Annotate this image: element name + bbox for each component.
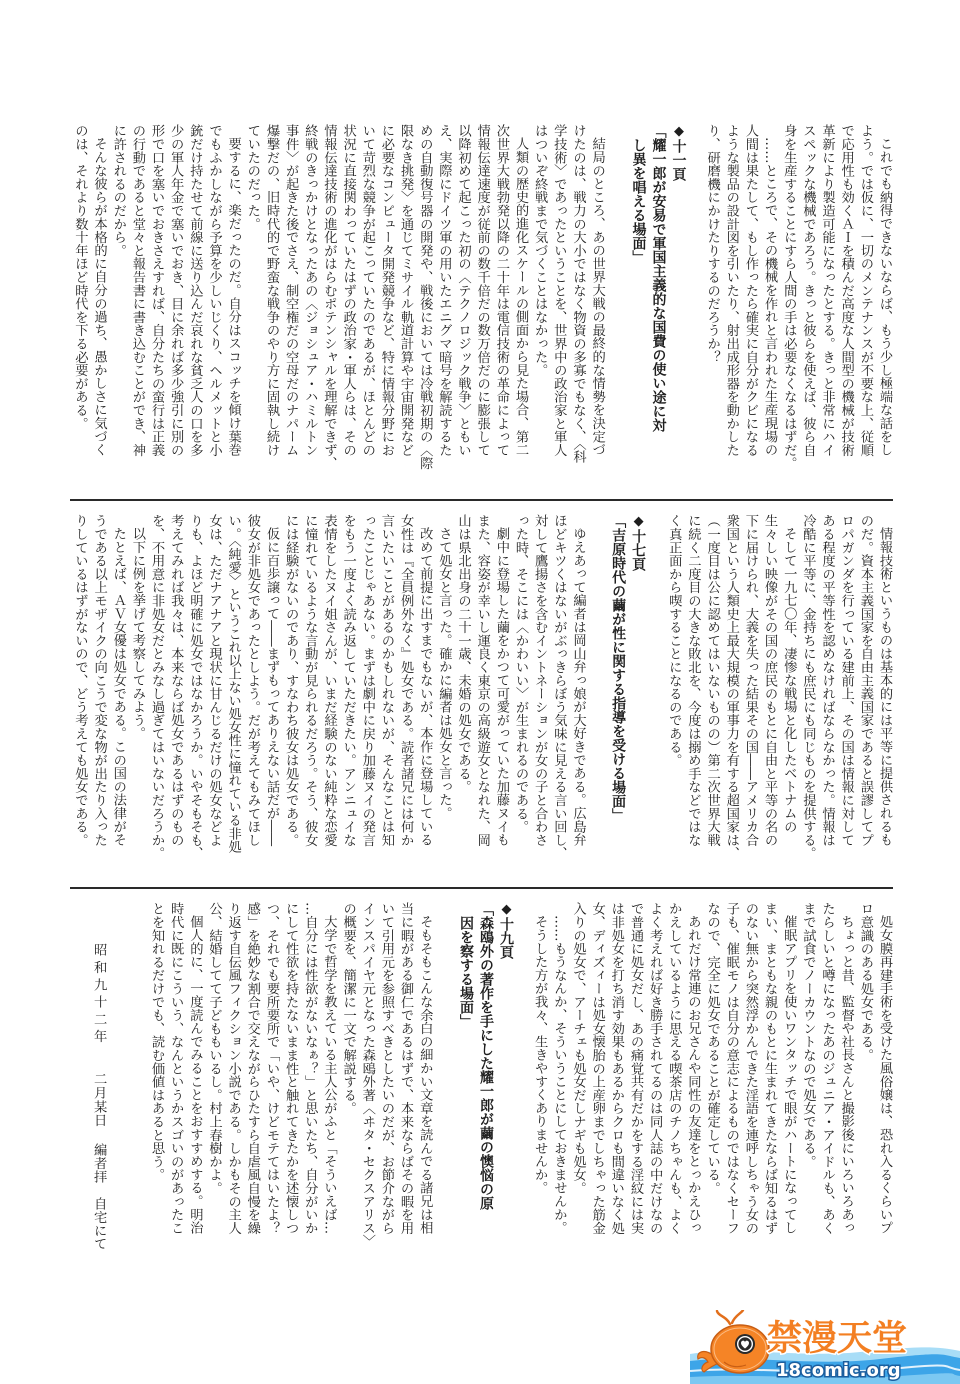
text-column: 対して鷹揚さを含むイントネーションが女の子と合わさ [530,514,549,866]
text-column: …自分には性欲がないなぁ？」と思いたち、自分がいか [300,902,319,1262]
text-column: にして性欲を持たないまま性と触れてきたかを述懐しつ [281,902,300,1262]
watermark-title: 禁漫天堂 [767,1319,907,1359]
text-column: 終戦のきっかけとなったあの〈ジョシュア・ハミルトン [300,124,319,476]
text-column: 少の軍人年金で塞いでおき、目に余れば多少強引に別の [166,124,185,476]
text-column: りしているはずがないので、どう考えても処女である。 [70,514,89,866]
text-column: ような製品の設計図を引いたり、射出成形器を動かした [722,124,741,476]
text-column: をもう一度よく読み返していただきたい。アンニュイな [338,514,357,866]
heading-page-number: 十七頁 [630,529,646,571]
section-heading-marker: ◆十九頁 [496,902,516,1262]
text-column: のは、それより数十年ほど時代を下る必要がある。 [70,124,89,476]
text-column: 女性は『全員例外なく』処女である。読者諸兄には何か [396,514,415,866]
heading-title-line: 「耀一郎が安易で軍国主義的な国費の使い途に対 [648,124,668,476]
text-column: （一度目は公に認めてはいないものの）第二次世界大戦 [702,514,721,866]
diamond-bullet-icon: ◆ [671,124,686,139]
column-gap [688,124,702,476]
text-column: でもふかしながら予算を少しいじくり、ヘルメットと小 [204,124,223,476]
text-column: そして一九七〇年、凄惨な戦場と化したベトナムの [779,514,798,866]
text-column: 銃だけ持たせて前線に送り込んだ哀れな貧乏人の口を多 [185,124,204,476]
text-column: ……ところで、その機械を作れと言われた生産現場の [760,124,779,476]
column-gap [648,514,664,866]
text-column: 個人的に、一度読んでみることをおすすめする。明治 [185,902,204,1262]
signature-day: 二月某日 [89,1072,108,1127]
text-column: ったことじゃあない。まずは劇中に戻り加藤ヌイの発言 [358,514,377,866]
text-column: 時代に既にこういう、なんというかスゴいのがあったこ [166,902,185,1262]
signature-date: 昭和九十二年 [89,943,108,1047]
text-column: 限なき挑発〉を通じてミサイル軌道計算や宇宙開発など [396,124,415,476]
text-column: 情報伝達速度が従前の数千倍だの数万倍だのに膨張して [473,124,492,476]
text-column: 要するに、楽だったのだ。自分はスコッチを傾け葉巻 [224,124,243,476]
text-column: 以降初めて起こった初の〈テクノロジック戦争〉ともい [453,124,472,476]
text-column: インスパイヤ元となった森鴎外著〈ヰタ・セクスアリス〉 [358,902,377,1262]
section-divider [70,499,893,501]
section-heading-marker: ◆十七頁 [628,514,648,866]
text-column: い。〈純愛〉というこれ以上ない処女性に憧れている非処 [224,514,243,866]
heading-title-line: 「吉原時代の繭が性に関する指導を受ける場面」 [608,514,628,866]
text-column: 情報伝達技術の進化がはらむポテンシャルを理解できず、 [319,124,338,476]
text-column: 冷酷に平等に、金持ちにも庶民にも同じものを提供する。 [798,514,817,866]
text-column: 当に暇がある御仁であるはずで、本来ならばその暇を用 [396,902,415,1262]
heading-title-line: し異を唱える場面」 [628,124,648,476]
whale-mascot-icon [698,1310,769,1373]
text-column: ゆえあって編者は岡山弁っ娘が大好きである。広島弁 [568,514,587,866]
text-column: 劇中に登場した繭をかつて可愛がっていた加藤ヌイも [492,514,511,866]
column-gap [434,902,456,1262]
text-column: 以下に例を挙げて考察してみよう。 [128,514,147,866]
text-column: に必要なコンピュータ開発競争など、特に情報分野にお [377,124,396,476]
text-column: り、研磨機にかけたりするのだろうか？ [702,124,721,476]
text-column: まい、まともな親のもとに生まれてきたならば知るはず [760,902,779,1262]
diamond-bullet-icon: ◆ [631,514,646,529]
text-column: いて苛烈な競争が起こっていたのであるが、ほとんどの [358,124,377,476]
text-column: 学技術〉であったということを、世界中の政治家と軍人 [549,124,568,476]
text-column: ちょっと昔、監督や社長さんと撮影後にいろいろあっ [837,902,856,1262]
text-column: に続く二度目の大きな敗北を、今度は搦め手などではな [683,514,702,866]
text-column: 催眠アプリを使いワンタッチで眼がハートになってし [779,902,798,1262]
heading-title-line: 因を察する場面」 [456,902,476,1262]
document-page: これでも納得できないならば、もう少し極端な話をし よう。では仮に、一切のメンテナ… [0,0,960,1384]
text-column: 入りの処女で、アーチェも処女だしナギも処女。 [568,902,587,1262]
text-column: ある程度の平等性を認めなければならなかった。情報は [817,514,836,866]
text-column: いて引用元を参照すべきとしたいのだが、お節介ながら [377,902,396,1262]
text-column: 結局のところ、あの世界大戦の最終的な情勢を決定づ [587,124,606,476]
text-column: うである以上モザイクの向こうで変な物が出たり入った [89,514,108,866]
text-column: ロ意識のある処女である。 [856,902,875,1262]
text-column: たとえば、ＡＶ女優は処女である。この国の法律がそ [109,514,128,866]
text-column: のだ。資本主義国家を自由主義国家であると誤謬してプ [856,514,875,866]
section-heading-marker: ◆十一頁 [668,124,688,476]
text-column: あれだけ常連のお兄さんや同性の友達をとっかえひっ [683,902,702,1262]
text-column: まで試食でノーカウントなので処女である。 [798,902,817,1262]
text-column: 子も、催眠モノは自分の意志によるものではなくセーフ [722,902,741,1262]
text-column: 革新により製造可能になったとする。きっと非常にハイ [817,124,836,476]
section-top: これでも納得できないならば、もう少し極端な話をし よう。では仮に、一切のメンテナ… [70,124,894,476]
text-column: 下に届けられ、大義を失った結果その国――アメリカ合 [741,514,760,866]
text-column: 身を生産することにすら人間の手は必要なくなるはずだ。 [779,124,798,476]
text-column: 人類の歴史的進化スケールの側面から見た場合、第二 [511,124,530,476]
text-column: 形で口を塞いでおきさえすれば、自分たちの蛮行は正義 [147,124,166,476]
text-column: 考えてみれば我々は、本来ならば処女であるはずのもの [166,514,185,866]
text-column: 彼女が非処女であったとしよう。だが考えてもみてほし [243,514,262,866]
text-column: 改めて前提に出すまでもないが、本作に登場している [415,514,434,866]
signature-place: 自宅にて [89,1197,108,1250]
text-column: く真正面から喫することになるのである。 [664,514,683,866]
text-column: かえしているように思える喫茶店のチノちゃんも、よく [664,902,683,1262]
text-column: つ、それでも要所要所で「いや、けどモテてはいたよ？ [262,902,281,1262]
section-divider [70,887,893,889]
text-column: 女は、ただナアナアと現状に甘んじるだけの処女などよ [204,514,223,866]
text-column: 人間は果たして、もし作ったら確実に自分がクビになる [741,124,760,476]
text-column: そもそもこんな余白の細かい文章を読んでる諸兄は相 [415,902,434,1262]
text-column: 衆国という人類史上最大規模の軍事力を有する超国家は、 [722,514,741,866]
heading-page-number: 十一頁 [670,139,686,181]
text-column: り返す自伝風フィクション小説である。しかもその主人 [224,902,243,1262]
text-column: で応用性も効くＡＩを積んだ高度な人間型の機械が技術 [837,124,856,476]
text-column: ていたのだった。 [243,124,262,476]
text-column: とを知れるだけでも、読む価値はあると思う。 [147,902,166,1262]
text-column: 情報技術というものは基本的には平等に提供されるも [875,514,894,866]
heading-title-line: 「森鴎外の著作を手にした耀一郎が繭の懊悩の原 [476,902,496,1262]
section-middle: 情報技術というものは基本的には平等に提供されるも のだ。資本主義国家を自由主義国… [70,514,894,866]
text-column: 次世界大戦勃発以降の二十年は電信技術の革命によって [492,124,511,476]
text-column: ロパガンダを行っている建前上、その国は情報に対して [837,514,856,866]
column-gap [516,902,530,1262]
text-column: 仮に百歩譲って――まずもってありえない話だが―― [262,514,281,866]
text-column: に許されるのだから。 [109,124,128,476]
watermark-domain: 18comic.org [776,1360,901,1381]
text-column: のない無から突然浮かんできた淫語を連呼しちゃう女の [741,902,760,1262]
text-column: これでも納得できないならば、もう少し極端な話をし [875,124,894,476]
text-column: そんな彼らが本格的に自分の過ち、愚かしさに気づく [89,124,108,476]
text-column: 大学で哲学を教えている主人公がふと「そういえば… [319,902,338,1262]
text-column: は非処女を打ち消す効果もあるからクロも間違いなく処 [607,902,626,1262]
text-column: で普通に処女だし、あの痛覚共有だかをする淫紋には実 [626,902,645,1262]
text-column: に憧れているような言動が見られるだろう。そう、彼女 [300,514,319,866]
text-column: たらしいと噂になったあのジュニア・アイドルも、あく [817,902,836,1262]
text-column: の行動であると堂々と報告書に書き込むことができ、神 [128,124,147,476]
text-column: ほどキツくはないがぶっきらぼう気味に見える言い回し、 [549,514,568,866]
text-column: さて処女と言った。確かに編者は処女と言った。 [434,514,453,866]
watermark-graphic: 禁漫天堂 18comic.org [690,1310,960,1384]
text-column: ……もうなんか、そういうことにしておきませんか。 [549,902,568,1262]
text-column: 表情をしたヌイ姐さんが、いまだ経験のない純粋な恋愛 [319,514,338,866]
heading-page-number: 十九頁 [498,917,514,959]
text-column: けたのは、戦力の大小ではなく物資の多寡でもなく、〈科 [568,124,587,476]
text-column: った時、そこには〈かわいい〉が生まれるのである。 [511,514,530,866]
column-gap [588,514,609,866]
text-column: めの自動復号器の開発や、戦後においては冷戦初期の〈際 [415,124,434,476]
text-column: スペックな機械であろう。きっと彼らを使えば、彼ら自 [798,124,817,476]
text-column: そうした方が我々、生きやすくありませんか。 [530,902,549,1262]
text-column: よく考えれば好き勝手されてるのは同人誌の中だけなの [645,902,664,1262]
text-column: 山は県北出身の二十一歳、未婚の処女である。 [453,514,472,866]
text-column: 状況に直接関わっていたはずの政治家・軍人らは、その [338,124,357,476]
text-column: 処女膜再建手術を受けた風俗嬢は、恐れ入るくらいプ [875,902,894,1262]
diamond-bullet-icon: ◆ [499,902,514,917]
text-column: 感」を絶妙な割合で交えながらひたすら自虐風自慢を繰 [243,902,262,1262]
text-column: また、容姿が幸いし運良く東京の高級遊女となれた、岡 [473,514,492,866]
text-column: 公、結婚してて子どももいるし。村上春樹かよ。 [204,902,223,1262]
text-column: には経験がないのであり、すなわち彼女は処女である。 [281,514,300,866]
text-column: なので、完全に処女であることが確定している。 [702,902,721,1262]
text-column: 事件〉が起きた後でさえ、制空権だの空母だのナパーム [281,124,300,476]
text-column: を、不用意に非処女だとみなし過ぎてはいないだろうか。 [147,514,166,866]
section-bottom: 処女膜再建手術を受けた風俗嬢は、恐れ入るくらいプ ロ意識のある処女である。 ちょ… [147,902,894,1262]
text-column: はついぞ終戦まで気づくことはなかった。 [530,124,549,476]
text-column: よう。では仮に、一切のメンテナンスが不要な上、従順 [856,124,875,476]
text-column: 女、ディズィーは処女懐胎の上産卵までしちゃった筋金 [588,902,607,1262]
watermark-logo: 禁漫天堂 18comic.org [690,1310,960,1384]
column-gap [607,124,629,476]
text-column: りも、よほど明確に処女ではなかろうか。いやそもそも、 [185,514,204,866]
text-column: の概要を、簡潔に一文で解説する。 [338,902,357,1262]
heart-eye-icon [735,1334,755,1354]
text-column: 言いたいことがあるのかもしれないが、そんなことは知 [377,514,396,866]
text-column: え、実際にドイツ軍の用いたエニグマ暗号を解読するた [434,124,453,476]
signature-author: 編者拝 [89,1143,108,1183]
text-column: 爆撃だの、旧時代的で野蛮な戦争のやり方に固執し続け [262,124,281,476]
text-column: 生々しい映像がその国の庶民のもとに自由と平等の名の [760,514,779,866]
